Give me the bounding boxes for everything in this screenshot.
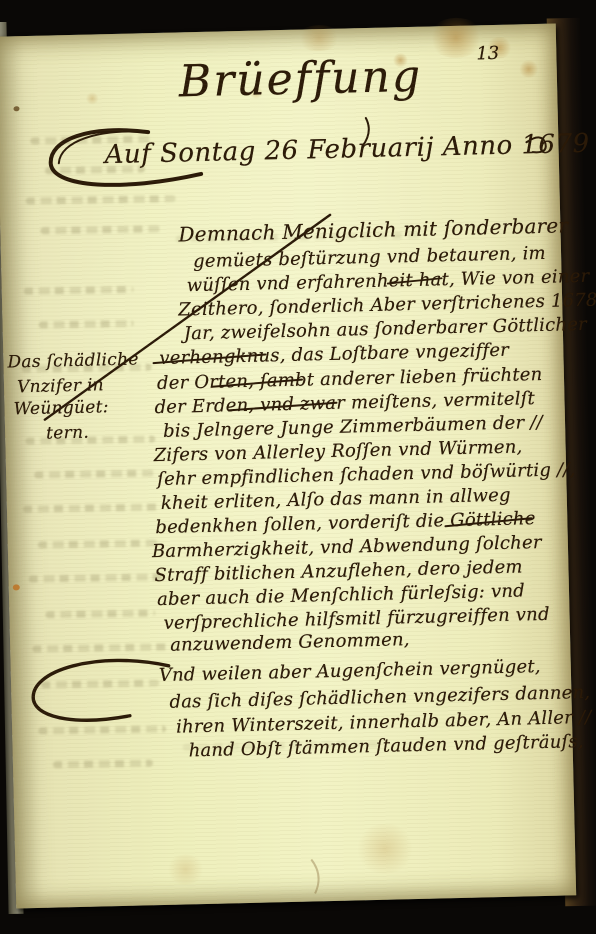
margin-note-line: tern. bbox=[46, 423, 89, 444]
bleed-through-line bbox=[23, 503, 163, 512]
bleed-through-line bbox=[53, 760, 153, 769]
bleed-through-line bbox=[24, 286, 134, 295]
foxing-stain bbox=[85, 92, 99, 104]
bleed-through-line bbox=[45, 610, 155, 619]
bleed-through-line bbox=[26, 195, 176, 204]
margin-note-line: Das ſchädliche bbox=[7, 349, 139, 372]
bleed-through-line bbox=[39, 320, 134, 329]
foxing-stain bbox=[354, 823, 415, 874]
body-line: anzuwendem Genommen, bbox=[170, 629, 410, 656]
bleed-through-line bbox=[40, 225, 160, 234]
margin-note-line: Weüngüet: bbox=[13, 397, 109, 419]
manuscript-page: 13 Brüeffung Auf Sontag 26 Februarij Ann… bbox=[0, 24, 576, 909]
paragraph2-swash bbox=[32, 659, 170, 721]
foxing-stain bbox=[519, 60, 539, 78]
body-line: Demnach Menigclich mit ſonderbarer bbox=[178, 213, 568, 246]
page-number: 13 bbox=[476, 43, 499, 65]
foxing-stain bbox=[296, 25, 343, 52]
ink-speck bbox=[13, 106, 19, 111]
body-line: verhengknus, das Loſtbare vngeziffer bbox=[159, 340, 509, 369]
body-line: Vnd weilen aber Augenſchein vergnüget, bbox=[159, 656, 541, 686]
bleed-through-line bbox=[25, 436, 155, 445]
date-line: Auf Sontag 26 Februarij Anno 1679 bbox=[104, 129, 590, 170]
bleed-through-line bbox=[38, 539, 158, 548]
bleed-through-line bbox=[41, 679, 159, 688]
bleed-through-line bbox=[38, 725, 166, 734]
foxing-stain bbox=[165, 854, 206, 885]
bleed-through-line bbox=[32, 643, 172, 652]
bleed-through-line bbox=[34, 470, 154, 479]
ink-speck bbox=[13, 584, 20, 590]
margin-note-line: Vnzifer in bbox=[17, 375, 104, 397]
bleed-through-line bbox=[29, 573, 164, 582]
paper-scratch bbox=[311, 859, 319, 893]
page-title: Brüeffung bbox=[178, 51, 422, 108]
manuscript-photo: { "colors": { "backdrop": "#0a0806", "pa… bbox=[0, 0, 596, 934]
